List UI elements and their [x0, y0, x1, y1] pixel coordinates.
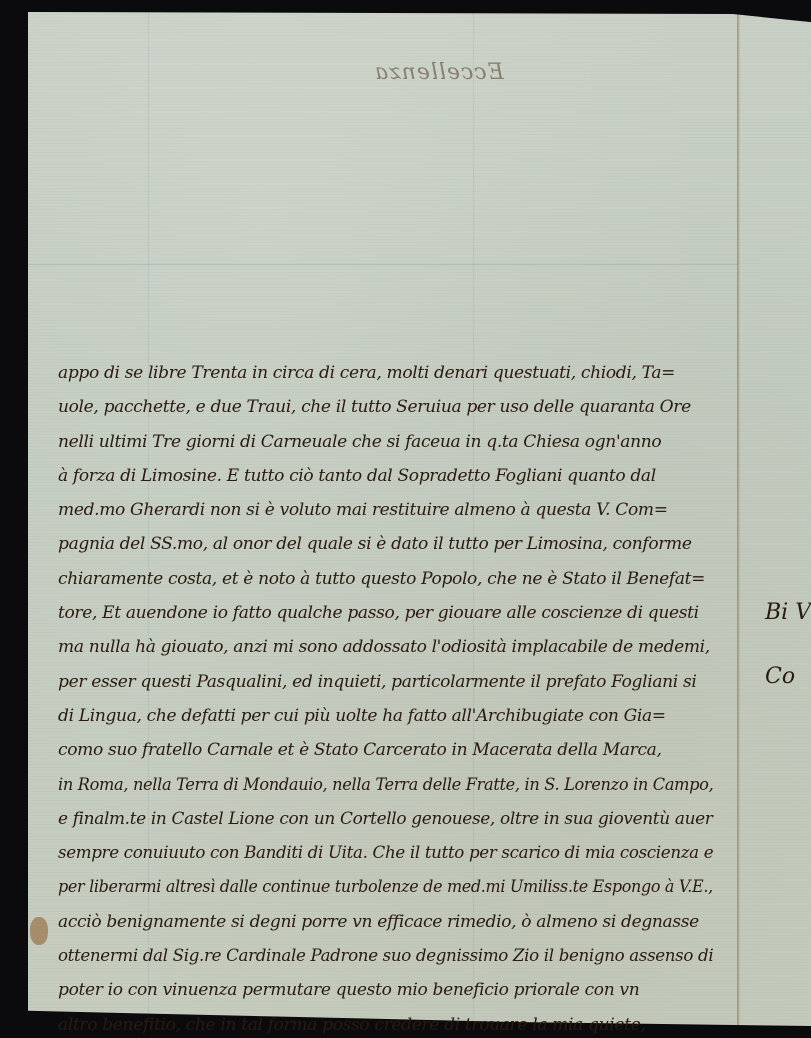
text-line: chiaramente costa, et è noto à tutto que…	[58, 562, 713, 596]
text-line: como suo fratello Carnale et è Stato Car…	[58, 733, 713, 767]
adjacent-page-fragment: Co	[765, 664, 795, 689]
text-line: per esser questi Pasqualini, ed inquieti…	[58, 665, 713, 699]
adjacent-page: Bi V Co	[740, 0, 811, 1038]
text-line: sempre conuiuuto con Banditi di Uita. Ch…	[58, 836, 698, 870]
text-line: in Roma, nella Terra di Mondauio, nella …	[58, 768, 679, 802]
text-line: di Lingua, che defatti per cui più uolte…	[58, 699, 713, 733]
text-line: e finalm.te in Castel Lione con un Corte…	[58, 802, 707, 836]
text-line: nelli ultimi Tre giorni di Carneuale che…	[58, 425, 713, 459]
text-line: ma nulla hà giouato, anzi mi sono addoss…	[58, 630, 713, 664]
bleed-through-heading: Eccellenza	[374, 60, 504, 85]
text-line: ottenermi dal Sig.re Cardinale Padrone s…	[58, 939, 697, 973]
paper-crease-horizontal	[28, 264, 737, 265]
text-line: pagnia del SS.mo, al onor del quale si è…	[58, 527, 713, 561]
text-line: à forza di Limosine. E tutto ciò tanto d…	[58, 459, 713, 493]
text-line: tore, Et auendone io fatto qualche passo…	[58, 596, 713, 630]
adjacent-page-fragment: Bi V	[765, 600, 811, 625]
text-line: poter io con vinuenza permutare questo m…	[58, 973, 713, 1007]
text-line: altro benefitio, che in tal forma posso …	[58, 1008, 713, 1038]
text-line: appo di se libre Trenta in circa di cera…	[58, 356, 713, 390]
text-line: med.mo Gherardi non si è voluto mai rest…	[58, 493, 713, 527]
letter-body: appo di se libre Trenta in circa di cera…	[58, 356, 718, 1038]
text-line: per liberarmi altresì dalle continue tur…	[58, 870, 671, 904]
text-line: uole, pacchette, e due Traui, che il tut…	[58, 390, 713, 424]
ink-stain	[30, 917, 48, 945]
text-line: acciò benignamente si degni porre vn eff…	[58, 905, 713, 939]
